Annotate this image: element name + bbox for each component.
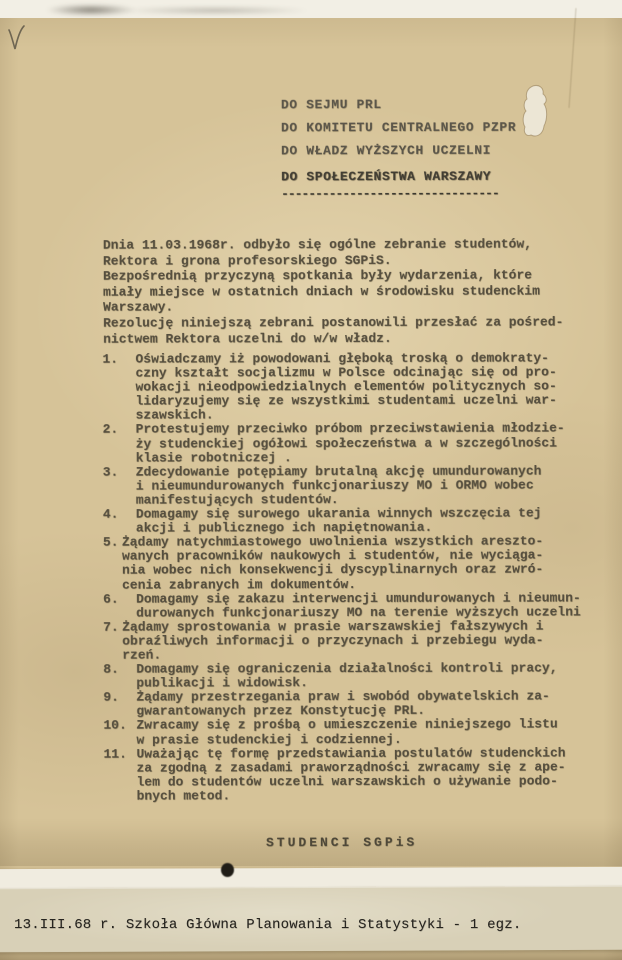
demand-number: 10. <box>103 719 136 733</box>
intro-line: Rektora i grona profesorskiego SGPiS. <box>103 252 593 269</box>
demand-number: 1. <box>102 353 135 367</box>
intro-line: miały miejsce w ostatnich dniach w środo… <box>103 283 593 300</box>
demand-line: i nieumundurowanych funkcjonariuszy MO i… <box>136 478 603 493</box>
address-underline: -------------------------------- <box>281 186 516 201</box>
demand-line: lem do studentów uczelni warszawskich o … <box>137 774 604 789</box>
ink-smudge <box>120 6 310 15</box>
signature-line: STUDENCI SGPiS <box>266 835 417 850</box>
torn-paper-hole <box>517 84 555 144</box>
demand-line: Zwracamy się z prośbą o umieszczenie nin… <box>136 718 603 733</box>
demand-item: 11.Uważając tę formę przedstawiania post… <box>103 746 603 804</box>
archive-caption: 13.III.68 r. Szkoła Główna Planowania i … <box>14 917 521 933</box>
demand-text: Żądamy sprostowania w prasie warszawskie… <box>122 619 603 663</box>
demand-text: Domagamy się zakazu interwencji umunduro… <box>136 591 603 620</box>
intro-paragraph: Dnia 11.03.1968r. odbyło się ogólne zebr… <box>103 236 593 346</box>
demand-item: 6.Domagamy się zakazu interwencji umundu… <box>103 591 603 620</box>
demand-number: 8. <box>103 663 136 677</box>
intro-line: Dnia 11.03.1968r. odbyło się ogólne zebr… <box>103 236 593 253</box>
demand-number: 2. <box>103 423 136 437</box>
demand-line: lidaryzujemy się ze wszystkimi studentam… <box>136 394 603 409</box>
demand-text: Uważając tę formę przedstawiania postula… <box>136 746 603 804</box>
demand-item: 8.Domagamy się ograniczenia działalności… <box>103 661 603 690</box>
demand-item: 10.Zwracamy się z prośbą o umieszczenie … <box>103 718 603 747</box>
address-block: DO SEJMU PRL DO KOMITETU CENTRALNEGO PZP… <box>281 97 517 201</box>
demand-text: Protestujemy przeciwko próbom przeciwsta… <box>136 422 603 466</box>
demand-item: 5.Żądamy natychmiastowego uwolnienia wsz… <box>103 535 603 593</box>
demand-item: 3.Zdecydowanie potępiamy brutalną akcję … <box>103 464 603 508</box>
demand-item: 9.Żądamy przestrzegania praw i swobód ob… <box>103 690 603 719</box>
demand-line: Domagamy się ograniczenia działalności k… <box>136 661 603 676</box>
paper-crease <box>569 8 577 108</box>
demands-list: 1.Oświadczamy iż powodowani głęboką tros… <box>102 351 603 803</box>
paper-bottom-shadow <box>0 951 622 960</box>
demand-text: Domagamy się surowego ukarania winnych w… <box>136 506 603 535</box>
demand-number: 7. <box>103 620 122 634</box>
address-line: DO SEJMU PRL <box>281 97 516 121</box>
demand-number: 6. <box>103 592 136 606</box>
black-dot-mark <box>221 863 234 877</box>
demand-number: 4. <box>103 508 136 522</box>
demand-number: 9. <box>103 691 136 705</box>
demand-line: nia wobec nich konsekwencji dyscyplinarn… <box>122 563 603 578</box>
demand-number: 11. <box>103 747 136 761</box>
intro-line: Bezpośrednią przyczyną spotkania były wy… <box>103 268 593 285</box>
intro-line: nictwem Rektora uczelni do w/w władz. <box>103 330 593 347</box>
address-line: DO WŁADZ WYŻSZYCH UCZELNI <box>281 143 516 167</box>
document-page: DO SEJMU PRL DO KOMITETU CENTRALNEGO PZP… <box>0 0 622 960</box>
demand-number: 3. <box>103 465 136 479</box>
demand-line: ży studenckiej ogółowi społeczeństwa a w… <box>136 436 603 451</box>
demand-text: Zwracamy się z prośbą o umieszczenie nin… <box>136 718 603 747</box>
demand-item: 4.Domagamy się surowego ukarania winnych… <box>103 506 603 535</box>
demand-text: Żądamy przestrzegania praw i swobód obyw… <box>136 690 603 719</box>
demand-text: Domagamy się ograniczenia działalności k… <box>136 661 603 690</box>
pencil-checkmark-icon <box>6 23 30 55</box>
demand-item: 2.Protestujemy przeciwko próbom przeciws… <box>103 422 603 466</box>
demand-line: obraźliwych informacji o przyczynach i p… <box>122 633 603 648</box>
demand-line: bnych metod. <box>137 788 604 803</box>
demand-number: 5. <box>103 536 122 550</box>
demand-text: Żądamy natychmiastowego uwolnienia wszys… <box>122 535 603 593</box>
demand-text: Oświadczamy iż powodowani głęboką troską… <box>135 351 602 423</box>
address-line: DO KOMITETU CENTRALNEGO PZPR <box>281 120 516 144</box>
demand-item: 1.Oświadczamy iż powodowani głęboką tros… <box>102 351 602 423</box>
demand-text: Zdecydowanie potępiamy brutalną akcję um… <box>136 464 603 508</box>
demand-item: 7.Żądamy sprostowania w prasie warszawsk… <box>103 619 603 663</box>
intro-line: Rezolucję niniejszą zebrani postanowili … <box>103 314 593 331</box>
intro-line: Warszawy. <box>103 299 593 316</box>
